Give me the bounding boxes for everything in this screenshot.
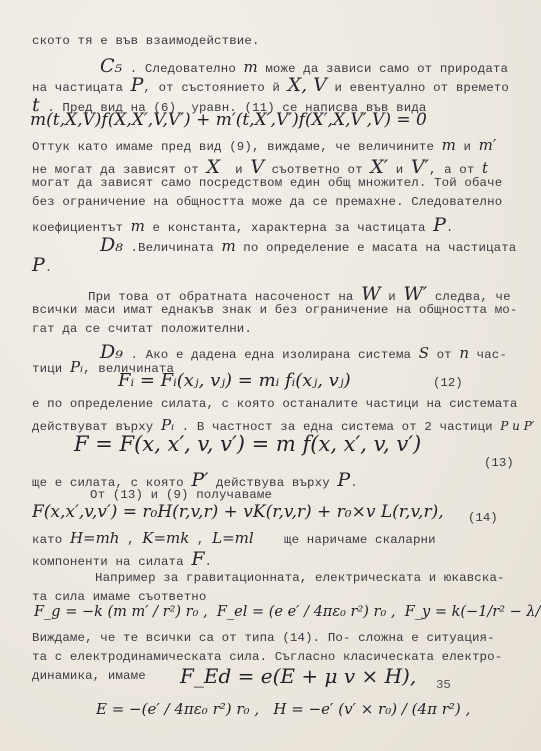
text: . bbox=[446, 221, 454, 235]
text: на частицата bbox=[32, 81, 131, 95]
formula: m(t,X,V)f(X,X′,V,V′) + m′(t,X′,V′)f(X′,X… bbox=[30, 110, 427, 130]
text: е по определение силата, с която останал… bbox=[32, 397, 517, 411]
text-line: могат да зависят само посредством един о… bbox=[32, 176, 502, 190]
text: При това от обратната насоченост на bbox=[88, 290, 361, 304]
text: Оттук като имаме пред вид (9), виждаме, … bbox=[32, 140, 442, 154]
text-line: D₈ .Величината m по определение е масата… bbox=[100, 234, 516, 256]
text: Виждаме, че те всички са от типа (14). П… bbox=[32, 631, 495, 645]
text-line: та сила имаме съответно bbox=[32, 590, 206, 604]
text: , а от bbox=[429, 163, 482, 177]
symbol: X bbox=[206, 156, 220, 178]
text: от bbox=[429, 348, 459, 362]
symbol: W bbox=[361, 283, 381, 305]
text-line: Например за гравитационната, електрическ… bbox=[95, 571, 505, 585]
text: тици bbox=[32, 362, 70, 376]
label-d8: D₈ bbox=[100, 234, 123, 256]
symbol: S bbox=[419, 344, 429, 362]
symbol: H=mh bbox=[70, 529, 120, 547]
page-number: 35 bbox=[436, 678, 451, 692]
formula-12: Fᵢ = Fᵢ(xⱼ, vⱼ) = mᵢ fᵢ(xⱼ, vⱼ) bbox=[118, 370, 351, 391]
symbol: m bbox=[442, 136, 456, 154]
symbol: P bbox=[131, 74, 144, 96]
symbol: t bbox=[482, 159, 488, 177]
text: та с електродинамическата сила. Съгласно… bbox=[32, 650, 502, 664]
text: без ограничение на общността може да се … bbox=[32, 195, 502, 209]
text: ското тя е във взаимодействие. bbox=[32, 34, 260, 48]
formula-fields: E = −(e′ / 4πε₀ r²) r₀ , H = −e′ (v′ × r… bbox=[96, 700, 470, 718]
formula-forces: F_g = −k (m m′ / r²) r₀ , F_el = (e e′ /… bbox=[34, 604, 541, 620]
text-line: та с електродинамическата сила. Съгласно… bbox=[32, 650, 502, 664]
text: компоненти на силата bbox=[32, 555, 191, 569]
text: Например за гравитационната, електрическ… bbox=[95, 571, 505, 585]
text: . bbox=[205, 555, 213, 569]
text: по определение е масата на частицата bbox=[236, 241, 517, 255]
text: и bbox=[220, 163, 250, 177]
text: . bbox=[350, 476, 358, 490]
text: и bbox=[381, 290, 404, 304]
symbol: V′ bbox=[411, 156, 429, 178]
text-line: Виждаме, че те всички са от типа (14). П… bbox=[32, 631, 495, 645]
equation-number: (13) bbox=[484, 456, 514, 470]
text-line: на частицата P, от състоянието й X, V и … bbox=[32, 74, 509, 96]
equation-number: (12) bbox=[433, 376, 463, 390]
text-line: ското тя е във взаимодействие. bbox=[32, 34, 260, 48]
text: динамика, имаме bbox=[32, 669, 146, 683]
text: та сила имаме съответно bbox=[32, 590, 206, 604]
text: като bbox=[32, 533, 70, 547]
symbol: V bbox=[250, 156, 264, 178]
symbol: n bbox=[459, 344, 469, 362]
text: ще наричаме скаларни bbox=[254, 533, 436, 547]
formula-13: F = F(x, x′, v, v′) = m f(x, x′, v, v′) bbox=[74, 432, 421, 456]
text-line: е по определение силата, с която останал… bbox=[32, 397, 517, 411]
text: . bbox=[45, 261, 53, 275]
text: съответно от bbox=[264, 163, 370, 177]
symbol: X′ bbox=[370, 156, 388, 178]
text: могат да зависят само посредством един о… bbox=[32, 176, 502, 190]
text-line: От (13) и (9) получаваме bbox=[90, 488, 272, 502]
symbol: P bbox=[433, 214, 446, 236]
text: и bbox=[388, 163, 411, 177]
symbol: W′ bbox=[403, 283, 427, 305]
formula-14: F(x,x′,v,v′) = r₀H(r,v,r) + vK(r,v,r) + … bbox=[32, 502, 444, 522]
symbol: m bbox=[221, 237, 235, 255]
formula-electrodynamic: F_Ed = e(E + μ v × H), bbox=[180, 664, 416, 688]
typewritten-page: ското тя е във взаимодействие. C₅ . След… bbox=[0, 0, 541, 751]
text-line: всички маси имат еднакъв знак и без огра… bbox=[32, 303, 517, 317]
text: не могат да зависят от bbox=[32, 163, 206, 177]
text: всички маси имат еднакъв знак и без огра… bbox=[32, 303, 517, 317]
symbol: P bbox=[337, 469, 350, 491]
text-line: не могат да зависят от X и V съответно о… bbox=[32, 156, 488, 178]
text-line: Оттук като имаме пред вид (9), виждаме, … bbox=[32, 136, 496, 154]
text: час- bbox=[469, 348, 507, 362]
text-line: динамика, имаме bbox=[32, 669, 146, 683]
symbol: m bbox=[131, 217, 145, 235]
text: гат да се считат положителни. bbox=[32, 322, 252, 336]
text-line: гат да се считат положителни. bbox=[32, 322, 252, 336]
symbol: P bbox=[32, 254, 45, 276]
text: .Величината bbox=[123, 241, 222, 255]
text: следва, че bbox=[427, 290, 510, 304]
text: , от състоянието й bbox=[143, 81, 287, 95]
symbol: K=mk bbox=[142, 529, 189, 547]
text-line: коефициентът m е константа, характерна з… bbox=[32, 214, 454, 236]
text-line: компоненти на силата F. bbox=[32, 548, 212, 570]
text-line: При това от обратната насоченост на W и … bbox=[88, 283, 511, 305]
symbol: m′ bbox=[479, 136, 497, 154]
symbol: F bbox=[191, 548, 204, 570]
text: и bbox=[456, 140, 479, 154]
text-line: без ограничение на общността може да се … bbox=[32, 195, 502, 209]
symbol: L=ml bbox=[212, 529, 254, 547]
equation-number: (14) bbox=[468, 511, 498, 525]
text: От (13) и (9) получаваме bbox=[90, 488, 272, 502]
text: и евентуално от времето bbox=[327, 81, 509, 95]
symbol: X, V bbox=[288, 74, 327, 96]
text: е константа, характерна за частицата bbox=[145, 221, 433, 235]
text-line: като H=mh , K=mk , L=ml ще наричаме скал… bbox=[32, 529, 436, 547]
symbol: Pᵢ bbox=[70, 358, 83, 376]
text: , bbox=[119, 533, 142, 547]
symbol: P и P′ bbox=[500, 419, 534, 433]
text: , bbox=[189, 533, 212, 547]
text-line: P. bbox=[32, 254, 52, 276]
text: коефициентът bbox=[32, 221, 131, 235]
